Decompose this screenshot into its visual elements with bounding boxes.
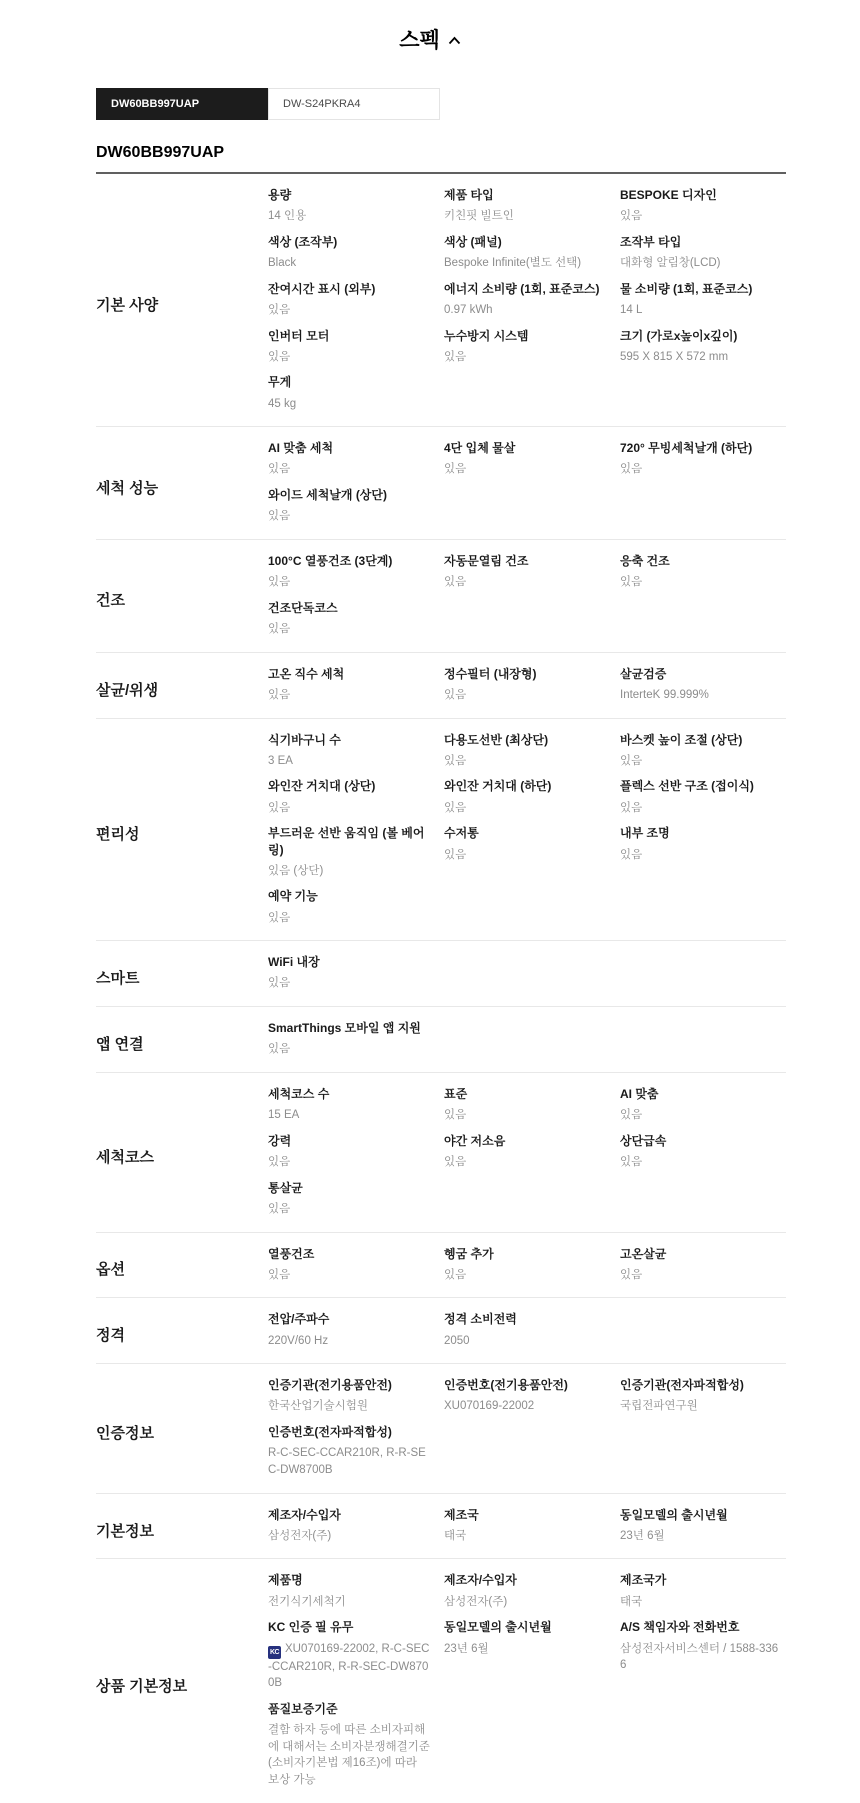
spec-label: 살균검증 [620, 666, 782, 682]
spec-item: 수저통있음 [444, 825, 610, 879]
spec-value: 있음 [268, 1267, 430, 1284]
spec-label: 식기바구니 수 [268, 732, 430, 748]
spec-value: 595 X 815 X 572 mm [620, 349, 782, 366]
spec-header: 스펙 [0, 24, 860, 54]
spec-label: 제조자/수입자 [268, 1507, 430, 1523]
spec-value: 있음 [620, 574, 782, 591]
spec-label: 다용도선반 (최상단) [444, 732, 606, 748]
spec-item: 정격 소비전력2050 [444, 1311, 610, 1349]
spec-item: 내부 조명있음 [620, 825, 786, 879]
spec-item: 건조단독코스있음 [268, 600, 434, 638]
spec-item: SmartThings 모바일 앱 지원있음 [268, 1020, 434, 1058]
section-name: 세척코스 [96, 1086, 268, 1227]
section-items: WiFi 내장있음 [268, 954, 786, 1001]
spec-value: 14 인용 [268, 208, 430, 225]
tab-label: DW-S24PKRA4 [283, 98, 360, 110]
spec-value: 있음 [620, 461, 782, 478]
spec-label: 표준 [444, 1086, 606, 1102]
spec-item: 표준있음 [444, 1086, 610, 1124]
spec-label: 제조국 [444, 1507, 606, 1523]
spec-item: 조작부 타입대화형 알림창(LCD) [620, 234, 786, 272]
section-name: 기본정보 [96, 1507, 268, 1554]
spec-label: 조작부 타입 [620, 234, 782, 250]
spec-value: 있음 [268, 800, 430, 817]
spec-value: XU070169-22002 [444, 1398, 606, 1415]
section-name: 편리성 [96, 732, 268, 936]
spec-label: 제조자/수입자 [444, 1572, 606, 1588]
spec-label: 4단 입체 물살 [444, 440, 606, 456]
chevron-up-icon [448, 36, 461, 45]
spec-value: 국립전파연구원 [620, 1398, 782, 1415]
spec-label: 고온살균 [620, 1246, 782, 1262]
spec-value: 있음 [444, 847, 606, 864]
spec-value: 있음 [444, 574, 606, 591]
spec-page: 스펙 DW60BB997UAPDW-S24PKRA4 DW60BB997UAP … [0, 0, 860, 1803]
section-items: 인증기관(전기용품안전)한국산업기술시험원인증번호(전기용품안전)XU07016… [268, 1377, 786, 1487]
spec-value: 있음 [444, 800, 606, 817]
spec-label: 누수방지 시스템 [444, 328, 606, 344]
spec-value: R-C-SEC-CCAR210R, R-R-SEC-DW8700B [268, 1445, 430, 1478]
spec-item: 바스켓 높이 조절 (상단)있음 [620, 732, 786, 770]
spec-item: 상단급속있음 [620, 1133, 786, 1171]
spec-value: 있음 [444, 1154, 606, 1171]
spec-label: 내부 조명 [620, 825, 782, 841]
spec-collapse-toggle[interactable]: 스펙 [399, 24, 461, 54]
spec-item: 열풍건조있음 [268, 1246, 434, 1284]
spec-item: 헹굼 추가있음 [444, 1246, 610, 1284]
section-name: 기본 사양 [96, 187, 268, 421]
spec-label: 정수필터 (내장형) [444, 666, 606, 682]
spec-item: 식기바구니 수3 EA [268, 732, 434, 770]
spec-value: 있음 [268, 1041, 430, 1058]
spec-value: InterteK 99.999% [620, 687, 782, 704]
spec-item: 무게45 kg [268, 374, 434, 412]
spec-value: 있음 [444, 461, 606, 478]
spec-value: 삼성전자(주) [268, 1528, 430, 1545]
spec-item: 크기 (가로x높이x깊이)595 X 815 X 572 mm [620, 328, 786, 366]
section-items: 세척코스 수15 EA표준있음AI 맞춤있음강력있음야간 저소음있음상단급속있음… [268, 1086, 786, 1227]
spec-value: 있음 [620, 847, 782, 864]
spec-label: 헹굼 추가 [444, 1246, 606, 1262]
tab-label: DW60BB997UAP [111, 98, 199, 110]
spec-label: 인증기관(전자파적합성) [620, 1377, 782, 1393]
spec-item: 에너지 소비량 (1회, 표준코스)0.97 kWh [444, 281, 610, 319]
spec-section: 기본정보제조자/수입자삼성전자(주)제조국태국동일모델의 출시년월23년 6월 [96, 1494, 786, 1560]
spec-item: 통살균있음 [268, 1180, 434, 1218]
spec-value: 있음 [444, 753, 606, 770]
spec-value: 있음 [620, 753, 782, 770]
section-name: 옵션 [96, 1246, 268, 1293]
spec-item: 살균검증InterteK 99.999% [620, 666, 786, 704]
section-name: 세척 성능 [96, 440, 268, 534]
spec-content: DW60BB997UAPDW-S24PKRA4 DW60BB997UAP 기본 … [96, 88, 786, 1803]
spec-item: 잔여시간 표시 (외부)있음 [268, 281, 434, 319]
spec-value: 있음 [268, 1154, 430, 1171]
spec-value: 0.97 kWh [444, 302, 606, 319]
spec-section: 편리성식기바구니 수3 EA다용도선반 (최상단)있음바스켓 높이 조절 (상단… [96, 719, 786, 942]
spec-label: 세척코스 수 [268, 1086, 430, 1102]
spec-label: 부드러운 선반 움직임 (볼 베어링) [268, 825, 430, 857]
section-items: 용량14 인용제품 타입키친핏 빌트인BESPOKE 디자인있음색상 (조작부)… [268, 187, 786, 421]
spec-label: 응축 건조 [620, 553, 782, 569]
spec-label: 무게 [268, 374, 430, 390]
spec-item: WiFi 내장있음 [268, 954, 434, 992]
spec-item: 인증번호(전자파적합성)R-C-SEC-CCAR210R, R-R-SEC-DW… [268, 1424, 434, 1479]
spec-value: 삼성전자서비스센터 / 1588-3366 [620, 1641, 782, 1674]
spec-item: 720° 무빙세척날개 (하단)있음 [620, 440, 786, 478]
spec-value: 결함 하자 등에 따른 소비자피해에 대해서는 소비자분쟁해결기준(소비자기본법… [268, 1722, 430, 1789]
model-heading: DW60BB997UAP [96, 144, 786, 162]
spec-value: 14 L [620, 302, 782, 319]
spec-item: 동일모델의 출시년월23년 6월 [444, 1619, 610, 1692]
spec-value: 있음 [268, 910, 430, 927]
spec-label: 예약 기능 [268, 888, 430, 904]
spec-value: Black [268, 255, 430, 272]
spec-item: 전압/주파수220V/60 Hz [268, 1311, 434, 1349]
spec-label: BESPOKE 디자인 [620, 187, 782, 203]
spec-label: 정격 소비전력 [444, 1311, 606, 1327]
spec-value: 2050 [444, 1333, 606, 1350]
spec-value: 있음 [444, 1107, 606, 1124]
spec-label: WiFi 내장 [268, 954, 430, 970]
section-items: 열풍건조있음헹굼 추가있음고온살균있음 [268, 1246, 786, 1293]
spec-value: 있음 [620, 208, 782, 225]
spec-section: 건조100°C 열풍건조 (3단계)있음자동문열림 건조있음응축 건조있음건조단… [96, 540, 786, 653]
spec-label: 강력 [268, 1133, 430, 1149]
spec-section: 상품 기본정보제품명전기식기세척기제조자/수입자삼성전자(주)제조국가태국KC … [96, 1559, 786, 1802]
spec-item: 플렉스 선반 구조 (접이식)있음 [620, 778, 786, 816]
spec-label: 와이드 세척날개 (상단) [268, 487, 430, 503]
spec-section: 기본 사양용량14 인용제품 타입키친핏 빌트인BESPOKE 디자인있음색상 … [96, 174, 786, 427]
section-items: 식기바구니 수3 EA다용도선반 (최상단)있음바스켓 높이 조절 (상단)있음… [268, 732, 786, 936]
spec-label: 고온 직수 세척 [268, 666, 430, 682]
spec-label: 720° 무빙세척날개 (하단) [620, 440, 782, 456]
spec-label: 수저통 [444, 825, 606, 841]
spec-item: 응축 건조있음 [620, 553, 786, 591]
spec-section: 살균/위생고온 직수 세척있음정수필터 (내장형)있음살균검증InterteK … [96, 653, 786, 719]
spec-item: 고온 직수 세척있음 [268, 666, 434, 704]
spec-item: 부드러운 선반 움직임 (볼 베어링)있음 (상단) [268, 825, 434, 879]
spec-label: 동일모델의 출시년월 [620, 1507, 782, 1523]
spec-value: 있음 (상단) [268, 863, 430, 880]
spec-value: 있음 [444, 349, 606, 366]
spec-label: AI 맞춤 [620, 1086, 782, 1102]
spec-label: 물 소비량 (1회, 표준코스) [620, 281, 782, 297]
spec-item: 와인잔 거치대 (상단)있음 [268, 778, 434, 816]
spec-value: 태국 [620, 1594, 782, 1611]
tab-dw60bb997uap[interactable]: DW60BB997UAP [96, 88, 268, 120]
spec-item: 제품 타입키친핏 빌트인 [444, 187, 610, 225]
spec-label: 동일모델의 출시년월 [444, 1619, 606, 1635]
spec-label: 인증번호(전자파적합성) [268, 1424, 430, 1440]
section-name: 정격 [96, 1311, 268, 1358]
kc-certification-icon: KC [268, 1646, 281, 1659]
spec-item: 자동문열림 건조있음 [444, 553, 610, 591]
spec-label: 색상 (패널) [444, 234, 606, 250]
spec-label: 크기 (가로x높이x깊이) [620, 328, 782, 344]
spec-label: 인증번호(전기용품안전) [444, 1377, 606, 1393]
section-name: 살균/위생 [96, 666, 268, 713]
spec-item: AI 맞춤있음 [620, 1086, 786, 1124]
spec-label: 바스켓 높이 조절 (상단) [620, 732, 782, 748]
spec-item: KC 인증 필 유무KCXU070169-22002, R-C-SEC-CCAR… [268, 1619, 434, 1692]
spec-value: 45 kg [268, 396, 430, 413]
spec-value: 있음 [268, 687, 430, 704]
spec-item: 색상 (조작부)Black [268, 234, 434, 272]
spec-label: 자동문열림 건조 [444, 553, 606, 569]
spec-item: 야간 저소음있음 [444, 1133, 610, 1171]
spec-value: 있음 [620, 1154, 782, 1171]
spec-value: 220V/60 Hz [268, 1333, 430, 1350]
page-title: 스펙 [399, 24, 440, 54]
spec-value: 있음 [268, 508, 430, 525]
spec-label: 와인잔 거치대 (하단) [444, 778, 606, 794]
spec-value: 15 EA [268, 1107, 430, 1124]
spec-value: 23년 6월 [620, 1528, 782, 1545]
spec-value: 키친핏 빌트인 [444, 208, 606, 225]
spec-label: 열풍건조 [268, 1246, 430, 1262]
spec-item: 고온살균있음 [620, 1246, 786, 1284]
spec-label: 통살균 [268, 1180, 430, 1196]
spec-section: 세척코스세척코스 수15 EA표준있음AI 맞춤있음강력있음야간 저소음있음상단… [96, 1073, 786, 1233]
section-items: 100°C 열풍건조 (3단계)있음자동문열림 건조있음응축 건조있음건조단독코… [268, 553, 786, 647]
spec-value: 태국 [444, 1528, 606, 1545]
spec-label: 건조단독코스 [268, 600, 430, 616]
section-name: 인증정보 [96, 1377, 268, 1487]
spec-value: 있음 [268, 621, 430, 638]
spec-label: 인버터 모터 [268, 328, 430, 344]
tab-dw-s24pkra4[interactable]: DW-S24PKRA4 [268, 88, 440, 120]
spec-label: 용량 [268, 187, 430, 203]
spec-value: 있음 [444, 687, 606, 704]
spec-label: 제품명 [268, 1572, 430, 1588]
spec-label: 인증기관(전기용품안전) [268, 1377, 430, 1393]
spec-item: 누수방지 시스템있음 [444, 328, 610, 366]
spec-value: 있음 [268, 975, 430, 992]
section-items: 제조자/수입자삼성전자(주)제조국태국동일모델의 출시년월23년 6월 [268, 1507, 786, 1554]
spec-item: 4단 입체 물살있음 [444, 440, 610, 478]
spec-label: 품질보증기준 [268, 1701, 430, 1717]
spec-table: 기본 사양용량14 인용제품 타입키친핏 빌트인BESPOKE 디자인있음색상 … [96, 174, 786, 1803]
spec-section: 스마트WiFi 내장있음 [96, 941, 786, 1007]
spec-value: 삼성전자(주) [444, 1594, 606, 1611]
spec-label: 에너지 소비량 (1회, 표준코스) [444, 281, 606, 297]
section-name: 앱 연결 [96, 1020, 268, 1067]
spec-label: 잔여시간 표시 (외부) [268, 281, 430, 297]
spec-value: 전기식기세척기 [268, 1594, 430, 1611]
spec-value: KCXU070169-22002, R-C-SEC-CCAR210R, R-R-… [268, 1641, 430, 1692]
spec-section: 정격전압/주파수220V/60 Hz정격 소비전력2050 [96, 1298, 786, 1364]
spec-section: 세척 성능AI 맞춤 세척있음4단 입체 물살있음720° 무빙세척날개 (하단… [96, 427, 786, 540]
spec-value: 3 EA [268, 753, 430, 770]
section-items: 제품명전기식기세척기제조자/수입자삼성전자(주)제조국가태국KC 인증 필 유무… [268, 1572, 786, 1797]
spec-value: 있음 [620, 1107, 782, 1124]
spec-value: 있음 [268, 349, 430, 366]
model-tabs: DW60BB997UAPDW-S24PKRA4 [96, 88, 786, 120]
section-items: 전압/주파수220V/60 Hz정격 소비전력2050 [268, 1311, 786, 1358]
spec-label: 제조국가 [620, 1572, 782, 1588]
spec-label: KC 인증 필 유무 [268, 1619, 430, 1635]
spec-item: 인증번호(전기용품안전)XU070169-22002 [444, 1377, 610, 1415]
spec-value: 한국산업기술시험원 [268, 1398, 430, 1415]
spec-item: 정수필터 (내장형)있음 [444, 666, 610, 704]
spec-value: 있음 [268, 1201, 430, 1218]
spec-item: AI 맞춤 세척있음 [268, 440, 434, 478]
spec-item: 색상 (패널)Bespoke Infinite(별도 선택) [444, 234, 610, 272]
spec-item: 제품명전기식기세척기 [268, 1572, 434, 1610]
spec-item: 예약 기능있음 [268, 888, 434, 926]
section-items: AI 맞춤 세척있음4단 입체 물살있음720° 무빙세척날개 (하단)있음와이… [268, 440, 786, 534]
spec-value: 있음 [620, 1267, 782, 1284]
spec-item: 인증기관(전기용품안전)한국산업기술시험원 [268, 1377, 434, 1415]
spec-label: 색상 (조작부) [268, 234, 430, 250]
spec-label: 100°C 열풍건조 (3단계) [268, 553, 430, 569]
spec-item: 와인잔 거치대 (하단)있음 [444, 778, 610, 816]
spec-item: 다용도선반 (최상단)있음 [444, 732, 610, 770]
spec-item: BESPOKE 디자인있음 [620, 187, 786, 225]
section-items: SmartThings 모바일 앱 지원있음 [268, 1020, 786, 1067]
spec-item: A/S 책임자와 전화번호삼성전자서비스센터 / 1588-3366 [620, 1619, 786, 1692]
spec-item: 인버터 모터있음 [268, 328, 434, 366]
spec-value: 있음 [268, 461, 430, 478]
spec-item: 제조국태국 [444, 1507, 610, 1545]
spec-section: 인증정보인증기관(전기용품안전)한국산업기술시험원인증번호(전기용품안전)XU0… [96, 1364, 786, 1493]
spec-section: 앱 연결SmartThings 모바일 앱 지원있음 [96, 1007, 786, 1073]
spec-item: 세척코스 수15 EA [268, 1086, 434, 1124]
spec-value: 있음 [268, 574, 430, 591]
section-items: 고온 직수 세척있음정수필터 (내장형)있음살균검증InterteK 99.99… [268, 666, 786, 713]
spec-value: 23년 6월 [444, 1641, 606, 1658]
section-name: 상품 기본정보 [96, 1572, 268, 1797]
spec-item: 와이드 세척날개 (상단)있음 [268, 487, 434, 525]
spec-label: AI 맞춤 세척 [268, 440, 430, 456]
spec-label: 전압/주파수 [268, 1311, 430, 1327]
spec-label: 플렉스 선반 구조 (접이식) [620, 778, 782, 794]
spec-label: 상단급속 [620, 1133, 782, 1149]
spec-item: 제조국가태국 [620, 1572, 786, 1610]
spec-value: Bespoke Infinite(별도 선택) [444, 255, 606, 272]
spec-value: 있음 [620, 800, 782, 817]
spec-item: 품질보증기준결함 하자 등에 따른 소비자피해에 대해서는 소비자분쟁해결기준(… [268, 1701, 434, 1789]
spec-value: 대화형 알림창(LCD) [620, 255, 782, 272]
section-name: 스마트 [96, 954, 268, 1001]
spec-item: 제조자/수입자삼성전자(주) [268, 1507, 434, 1545]
spec-item: 강력있음 [268, 1133, 434, 1171]
spec-item: 동일모델의 출시년월23년 6월 [620, 1507, 786, 1545]
spec-item: 100°C 열풍건조 (3단계)있음 [268, 553, 434, 591]
spec-item: 인증기관(전자파적합성)국립전파연구원 [620, 1377, 786, 1415]
spec-value: 있음 [268, 302, 430, 319]
spec-item: 물 소비량 (1회, 표준코스)14 L [620, 281, 786, 319]
spec-item: 제조자/수입자삼성전자(주) [444, 1572, 610, 1610]
spec-label: SmartThings 모바일 앱 지원 [268, 1020, 430, 1036]
spec-label: A/S 책임자와 전화번호 [620, 1619, 782, 1635]
spec-label: 와인잔 거치대 (상단) [268, 778, 430, 794]
spec-value: 있음 [444, 1267, 606, 1284]
spec-section: 옵션열풍건조있음헹굼 추가있음고온살균있음 [96, 1233, 786, 1299]
section-name: 건조 [96, 553, 268, 647]
spec-item: 용량14 인용 [268, 187, 434, 225]
spec-label: 제품 타입 [444, 187, 606, 203]
spec-label: 야간 저소음 [444, 1133, 606, 1149]
